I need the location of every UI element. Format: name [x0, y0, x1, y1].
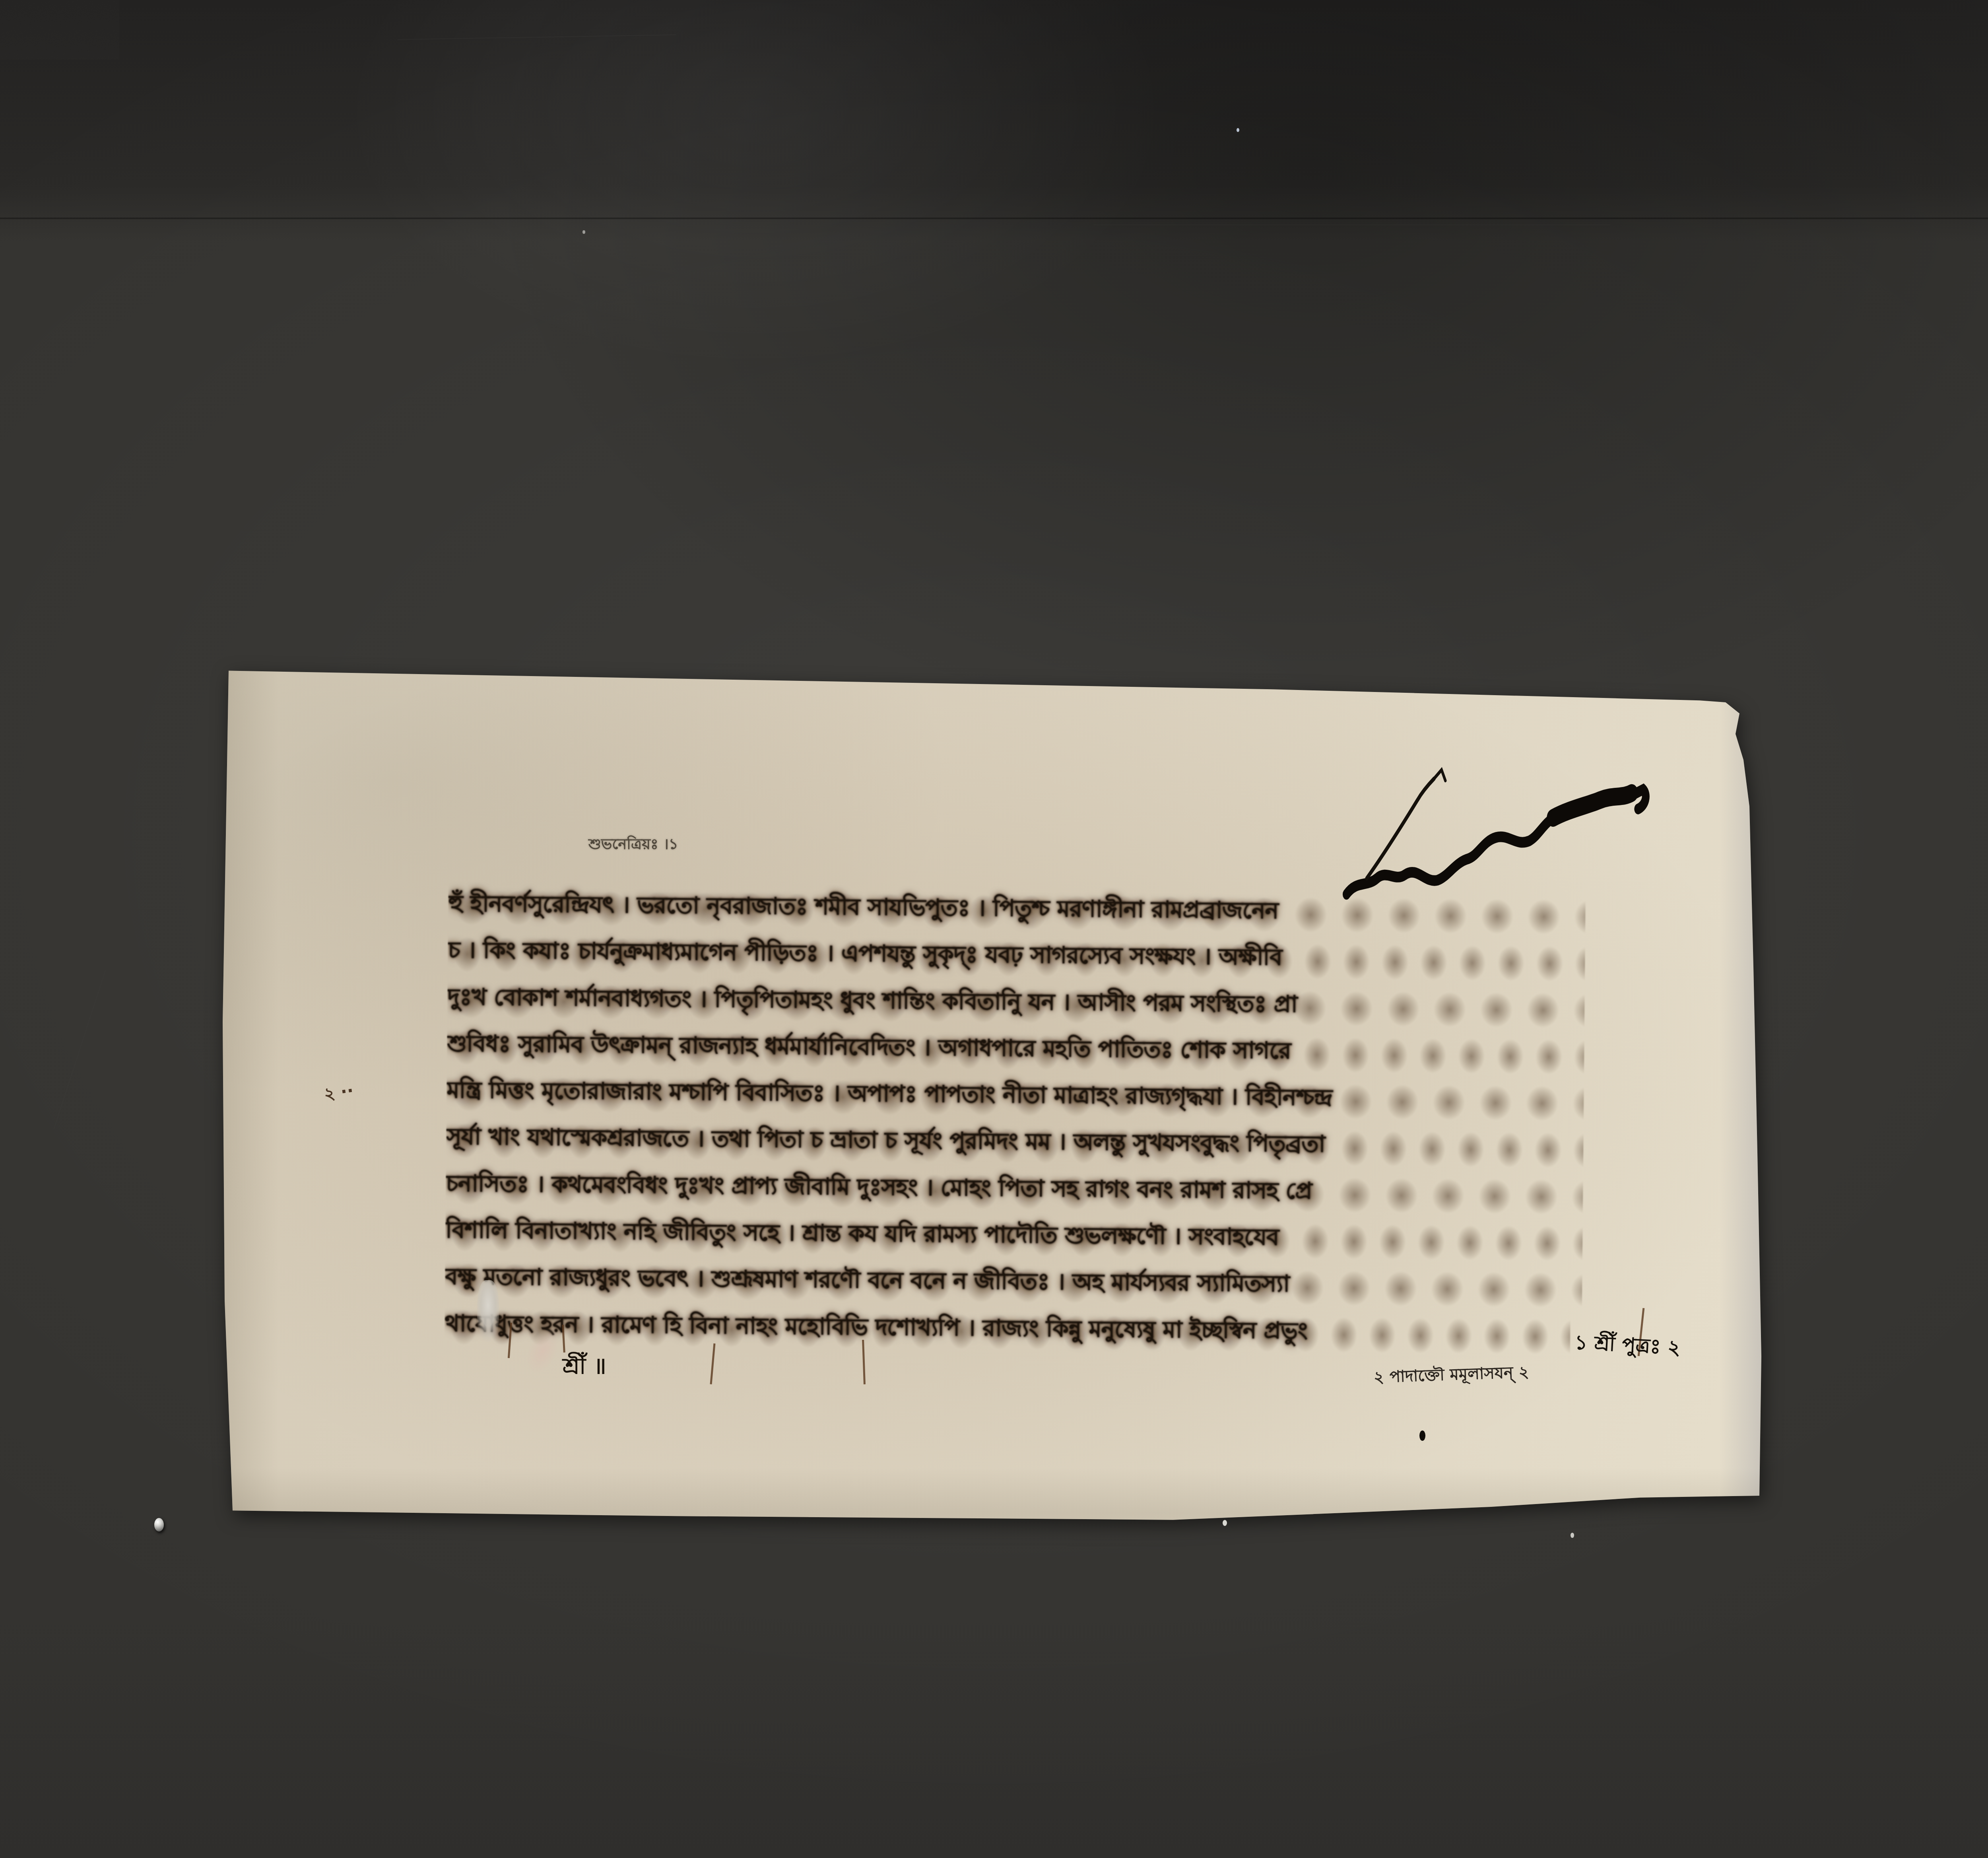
dust-speck	[582, 230, 585, 234]
manuscript-leaf-shadow: শুভনেত্রিয়ঃ ।১ হুঁ হীনবর্ণসুরেন্দ্রিযৎ …	[0, 0, 1988, 1858]
ink-squiggle-blot	[0, 0, 1988, 1858]
dust-speck	[1223, 1520, 1227, 1526]
dust-speck	[1571, 1533, 1574, 1538]
pin-head	[154, 1518, 164, 1531]
photograph-of-manuscript: শুভনেত্রিয়ঃ ।১ হুঁ হীনবর্ণসুরেন্দ্রিযৎ …	[0, 0, 1988, 1858]
manuscript-leaf: শুভনেত্রিয়ঃ ।১ হুঁ হীনবর্ণসুরেন্দ্রিযৎ …	[0, 0, 1988, 1858]
